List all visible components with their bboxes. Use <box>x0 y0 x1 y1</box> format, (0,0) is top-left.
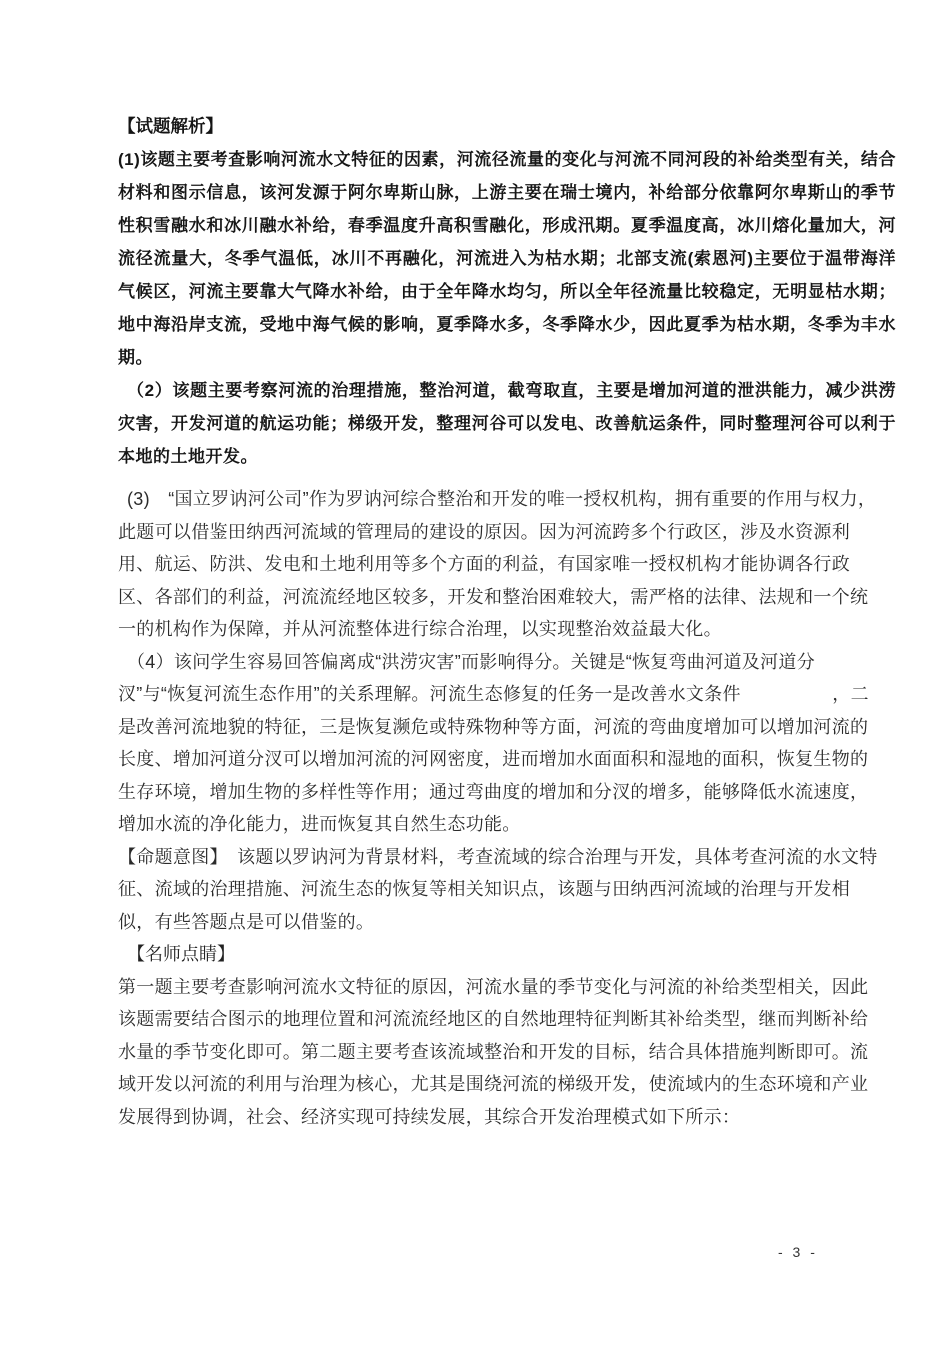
analysis-paragraph-3: (3) “国立罗讷河公司”作为罗讷河综合整治和开发的唯一授权机构，拥有重要的作用… <box>118 483 878 646</box>
tips-paragraph: 第一题主要考查影响河流水文特征的原因，河流水量的季节变化与河流的补给类型相关，因… <box>118 971 878 1134</box>
analysis-paragraph-4: （4）该问学生容易回答偏离成“洪涝灾害”而影响得分。关键是“恢复弯曲河道及河道分… <box>118 646 878 841</box>
intent-paragraph: 【命题意图】 该题以罗讷河为背景材料，考查流域的综合治理与开发，具体考查河流的水… <box>118 841 878 939</box>
document-page: 【试题解析】 (1)该题主要考查影响河流水文特征的因素，河流径流量的变化与河流不… <box>0 0 950 1345</box>
analysis-paragraph-2: （2）该题主要考察河流的治理措施，整治河道，截弯取直，主要是增加河道的泄洪能力，… <box>118 374 896 473</box>
document-content: 【试题解析】 (1)该题主要考查影响河流水文特征的因素，河流径流量的变化与河流不… <box>118 110 896 1133</box>
analysis-section-heading: 【试题解析】 <box>118 110 896 143</box>
page-number: - 3 - <box>778 1244 818 1260</box>
tips-section-heading: 【名师点睛】 <box>118 938 896 971</box>
analysis-paragraph-1: (1)该题主要考查影响河流水文特征的因素，河流径流量的变化与河流不同河段的补给类… <box>118 143 896 374</box>
